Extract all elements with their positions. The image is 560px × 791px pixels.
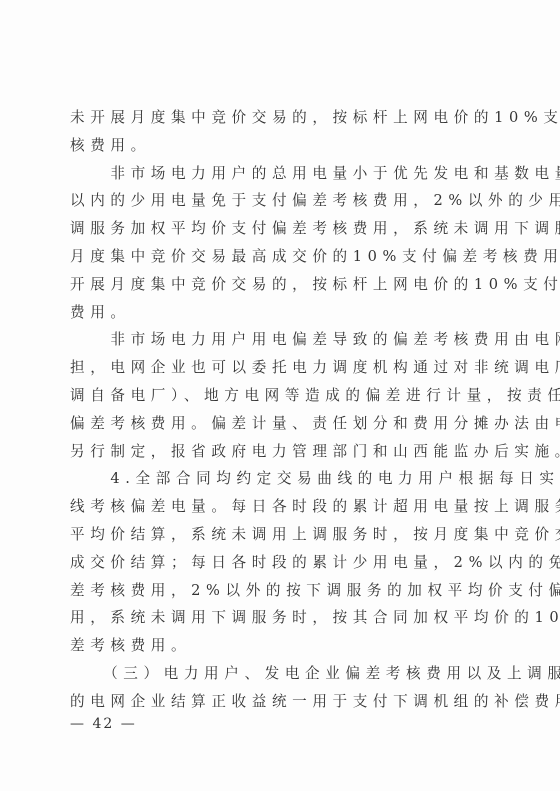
text-line: 调服务加权平均价支付偏差考核费用，系统未调用下调服务时，按 [70, 215, 482, 243]
text-line: 未开展月度集中竞价交易的，按标杆上网电价的10%支付偏差考 [70, 104, 482, 132]
text-line: 偏差考核费用。偏差计量、责任划分和费用分摊办法由电网企业 [70, 410, 482, 438]
text-line: 差考核费用，2%以外的按下调服务的加权平均价支付偏差考核费 [70, 577, 482, 605]
text-line: （三）电力用户、发电企业偏差考核费用以及上调服务所增加 [70, 660, 482, 688]
text-line: 非市场电力用户的总用电量小于优先发电和基数电量时，2% [70, 160, 482, 188]
text-line: 调自备电厂）、地方电网等造成的偏差进行计量，按责任分摊部分 [70, 382, 482, 410]
text-line: 平均价结算，系统未调用上调服务时，按月度集中竞价交易的最高 [70, 521, 482, 549]
text-line: 以内的少用电量免于支付偏差考核费用，2%以外的少用电量按下 [70, 187, 482, 215]
text-line: 成交价结算；每日各时段的累计少用电量，2%以内的免于支付偏 [70, 549, 482, 577]
text-line: 开展月度集中竞价交易的，按标杆上网电价的10%支付偏差考核 [70, 271, 482, 299]
text-line: 核费用。 [70, 132, 482, 160]
document-page: 未开展月度集中竞价交易的，按标杆上网电价的10%支付偏差考 核费用。 非市场电力… [0, 0, 560, 791]
text-line: 4.全部合同均约定交易曲线的电力用户根据每日实际用电曲 [70, 465, 482, 493]
body-text: 未开展月度集中竞价交易的，按标杆上网电价的10%支付偏差考 核费用。 非市场电力… [70, 104, 482, 716]
page-number: — 42 — [70, 716, 137, 732]
text-line: 非市场电力用户用电偏差导致的偏差考核费用由电网企业承 [70, 326, 482, 354]
text-line: 月度集中竞价交易最高成交价的10%支付偏差考核费用，当月未 [70, 243, 482, 271]
text-line: 线考核偏差电量。每日各时段的累计超用电量按上调服务的加权 [70, 493, 482, 521]
text-line: 的电网企业结算正收益统一用于支付下调机组的补偿费用，盈余 [70, 688, 482, 716]
text-line: 担，电网企业也可以委托电力调度机构通过对非统调电厂（含非统 [70, 354, 482, 382]
text-line: 差考核费用。 [70, 632, 482, 660]
text-line: 另行制定，报省政府电力管理部门和山西能监办后实施。 [70, 438, 482, 466]
text-line: 用，系统未调用下调服务时，按其合同加权平均价的10%支付偏 [70, 604, 482, 632]
text-line: 费用。 [70, 299, 482, 327]
